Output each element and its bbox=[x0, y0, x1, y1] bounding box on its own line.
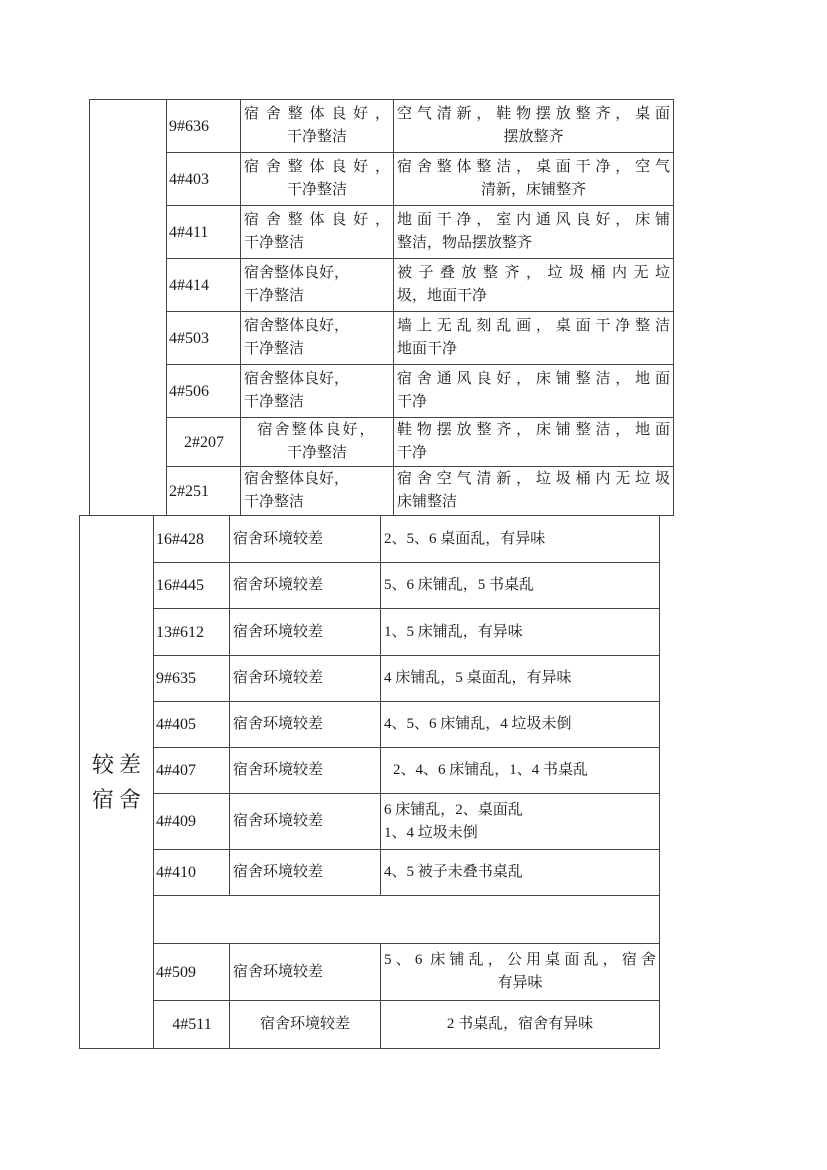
status-cell: 宿舍整体良好， 干净整洁 bbox=[241, 206, 394, 259]
comment-cell: 2 书桌乱，宿舍有异味 bbox=[381, 1001, 660, 1049]
comment-cell: 宿舍整体整洁，桌面干净，空气 清新，床铺整齐 bbox=[394, 153, 674, 206]
status-line: 宿舍环境较差 bbox=[233, 528, 377, 551]
good-dorm-table: 9#636 宿舍整体良好， 干净整洁 空气清新，鞋物摆放整齐，桌面 摆放整齐 4… bbox=[89, 99, 674, 516]
status-line: 宿舍整体良好， bbox=[244, 209, 390, 232]
room-cell: 4#511 bbox=[154, 1001, 230, 1049]
comment-line: 4 床铺乱，5 桌面乱，有异味 bbox=[384, 667, 656, 690]
status-line: 宿舍环境较差 bbox=[233, 759, 377, 782]
status-line: 干净整洁 bbox=[244, 391, 390, 414]
status-cell: 宿舍环境较差 bbox=[230, 794, 381, 850]
room-cell: 4#405 bbox=[154, 702, 230, 748]
comment-line: 宿舍整体整洁，桌面干净，空气 bbox=[397, 156, 670, 179]
comment-cell: 宿舍空气清新，垃圾桶内无垃圾 床铺整洁 bbox=[394, 467, 674, 516]
table-row: 4#403 宿舍整体良好， 干净整洁 宿舍整体整洁，桌面干净，空气 清新，床铺整… bbox=[90, 153, 674, 206]
comment-line: 4、5 被子未叠书桌乱 bbox=[384, 861, 656, 884]
table-row: 4#503 宿舍整体良好， 干净整洁 墙上无乱刻乱画，桌面干净整洁 地面干净 bbox=[90, 312, 674, 365]
comment-line: 摆放整齐 bbox=[397, 126, 670, 149]
status-line: 干净整洁 bbox=[244, 126, 390, 149]
room-cell: 4#407 bbox=[154, 748, 230, 794]
status-cell: 宿舍环境较差 bbox=[230, 748, 381, 794]
status-cell: 宿舍环境较差 bbox=[230, 944, 381, 1001]
table-row: 较差 宿舍 16#428 宿舍环境较差 2、5、6 桌面乱，有异味 bbox=[80, 516, 660, 563]
table-row: 4#410 宿舍环境较差 4、5 被子未叠书桌乱 bbox=[80, 850, 660, 896]
status-cell: 宿舍整体良好， 干净整洁 bbox=[241, 467, 394, 516]
comment-cell: 地面干净，室内通风良好，床铺 整洁，物品摆放整齐 bbox=[394, 206, 674, 259]
comment-line: 干净 bbox=[397, 391, 670, 414]
status-line: 宿舍整体良好， bbox=[244, 368, 390, 391]
room-cell: 4#506 bbox=[167, 365, 241, 418]
comment-cell: 4、5、6 床铺乱，4 垃圾未倒 bbox=[381, 702, 660, 748]
status-line: 宿舍环境较差 bbox=[233, 621, 377, 644]
table-row: 4#509 宿舍环境较差 5、6 床铺乱，公用桌面乱，宿舍 有异味 bbox=[80, 944, 660, 1001]
comment-cell: 4、5 被子未叠书桌乱 bbox=[381, 850, 660, 896]
comment-line: 墙上无乱刻乱画，桌面干净整洁 bbox=[397, 315, 670, 338]
status-cell: 宿舍环境较差 bbox=[230, 702, 381, 748]
comment-line: 空气清新，鞋物摆放整齐，桌面 bbox=[397, 103, 670, 126]
status-cell: 宿舍整体良好， 干净整洁 bbox=[241, 365, 394, 418]
comment-cell: 鞋物摆放整齐，床铺整洁，地面 干净 bbox=[394, 418, 674, 467]
status-cell: 宿舍环境较差 bbox=[230, 609, 381, 656]
status-line: 干净整洁 bbox=[244, 232, 390, 255]
comment-line: 宿舍通风良好，床铺整洁，地面 bbox=[397, 368, 670, 391]
status-line: 宿舍整体良好， bbox=[244, 315, 390, 338]
status-line: 宿舍整体良好， bbox=[244, 262, 390, 285]
table-row: 4#411 宿舍整体良好， 干净整洁 地面干净，室内通风良好，床铺 整洁，物品摆… bbox=[90, 206, 674, 259]
table-row: 9#635 宿舍环境较差 4 床铺乱，5 桌面乱，有异味 bbox=[80, 656, 660, 702]
status-line: 宿舍环境较差 bbox=[233, 574, 377, 597]
room-cell: 4#414 bbox=[167, 259, 241, 312]
status-line: 宿舍整体良好， bbox=[244, 468, 390, 491]
status-line: 宿舍环境较差 bbox=[233, 961, 377, 984]
table-row: 13#612 宿舍环境较差 1、5 床铺乱，有异味 bbox=[80, 609, 660, 656]
comment-cell: 2、5、6 桌面乱，有异味 bbox=[381, 516, 660, 563]
document-page: 9#636 宿舍整体良好， 干净整洁 空气清新，鞋物摆放整齐，桌面 摆放整齐 4… bbox=[0, 0, 827, 1170]
status-line: 宿舍环境较差 bbox=[233, 861, 377, 884]
status-cell: 宿舍环境较差 bbox=[230, 516, 381, 563]
room-cell: 16#428 bbox=[154, 516, 230, 563]
status-cell: 宿舍环境较差 bbox=[230, 563, 381, 609]
comment-line: 有异味 bbox=[384, 972, 656, 995]
table-row: 16#445 宿舍环境较差 5、6 床铺乱，5 书桌乱 bbox=[80, 563, 660, 609]
room-cell: 9#635 bbox=[154, 656, 230, 702]
status-line: 干净整洁 bbox=[244, 491, 390, 514]
category-label-line: 较差 bbox=[80, 747, 153, 782]
category-cell-poor: 较差 宿舍 bbox=[80, 516, 154, 1049]
comment-line: 整洁，物品摆放整齐 bbox=[397, 232, 670, 255]
status-line: 宿舍整体良好， bbox=[244, 419, 390, 442]
comment-line: 2、4、6 床铺乱，1、4 书桌乱 bbox=[384, 759, 656, 782]
status-cell: 宿舍整体良好， 干净整洁 bbox=[241, 312, 394, 365]
room-cell: 4#503 bbox=[167, 312, 241, 365]
comment-cell: 空气清新，鞋物摆放整齐，桌面 摆放整齐 bbox=[394, 100, 674, 153]
comment-cell: 被子叠放整齐，垃圾桶内无垃 圾，地面干净 bbox=[394, 259, 674, 312]
status-line: 宿舍环境较差 bbox=[233, 713, 377, 736]
table-row: 4#506 宿舍整体良好， 干净整洁 宿舍通风良好，床铺整洁，地面 干净 bbox=[90, 365, 674, 418]
table-row: 4#511 宿舍环境较差 2 书桌乱，宿舍有异味 bbox=[80, 1001, 660, 1049]
comment-line: 圾，地面干净 bbox=[397, 285, 670, 308]
status-line: 干净整洁 bbox=[244, 442, 390, 465]
comment-cell: 1、5 床铺乱，有异味 bbox=[381, 609, 660, 656]
table-row: 4#405 宿舍环境较差 4、5、6 床铺乱，4 垃圾未倒 bbox=[80, 702, 660, 748]
status-line: 宿舍整体良好， bbox=[244, 156, 390, 179]
comment-line: 5、6 床铺乱，5 书桌乱 bbox=[384, 574, 656, 597]
empty-spacer-row bbox=[80, 896, 660, 944]
table-row: 4#414 宿舍整体良好， 干净整洁 被子叠放整齐，垃圾桶内无垃 圾，地面干净 bbox=[90, 259, 674, 312]
status-line: 宿舍环境较差 bbox=[233, 667, 377, 690]
comment-line: 清新，床铺整齐 bbox=[397, 179, 670, 202]
comment-line: 1、4 垃圾未倒 bbox=[384, 822, 656, 845]
comment-cell: 宿舍通风良好，床铺整洁，地面 干净 bbox=[394, 365, 674, 418]
room-cell: 4#410 bbox=[154, 850, 230, 896]
category-cell-good bbox=[90, 100, 167, 516]
poor-dorm-table: 较差 宿舍 16#428 宿舍环境较差 2、5、6 桌面乱，有异味 16#445… bbox=[79, 515, 660, 1049]
comment-line: 干净 bbox=[397, 442, 670, 465]
status-line: 干净整洁 bbox=[244, 179, 390, 202]
comment-line: 鞋物摆放整齐，床铺整洁，地面 bbox=[397, 419, 670, 442]
status-cell: 宿舍环境较差 bbox=[230, 1001, 381, 1049]
status-cell: 宿舍环境较差 bbox=[230, 850, 381, 896]
room-cell: 2#207 bbox=[167, 418, 241, 467]
status-line: 宿舍环境较差 bbox=[233, 810, 377, 833]
category-label-line: 宿舍 bbox=[80, 782, 153, 817]
comment-line: 2 书桌乱，宿舍有异味 bbox=[384, 1013, 656, 1036]
room-cell: 4#403 bbox=[167, 153, 241, 206]
room-cell: 4#411 bbox=[167, 206, 241, 259]
room-cell: 16#445 bbox=[154, 563, 230, 609]
comment-line: 地面干净 bbox=[397, 338, 670, 361]
status-cell: 宿舍环境较差 bbox=[230, 656, 381, 702]
status-line: 干净整洁 bbox=[244, 285, 390, 308]
status-line: 宿舍整体良好， bbox=[244, 103, 390, 126]
status-cell: 宿舍整体良好， 干净整洁 bbox=[241, 418, 394, 467]
room-cell: 2#251 bbox=[167, 467, 241, 516]
comment-line: 2、5、6 桌面乱，有异味 bbox=[384, 528, 656, 551]
comment-cell: 墙上无乱刻乱画，桌面干净整洁 地面干净 bbox=[394, 312, 674, 365]
comment-cell: 4 床铺乱，5 桌面乱，有异味 bbox=[381, 656, 660, 702]
comment-cell: 6 床铺乱，2、桌面乱 1、4 垃圾未倒 bbox=[381, 794, 660, 850]
table-row: 2#251 宿舍整体良好， 干净整洁 宿舍空气清新，垃圾桶内无垃圾 床铺整洁 bbox=[90, 467, 674, 516]
empty-cell bbox=[154, 896, 660, 944]
room-cell: 9#636 bbox=[167, 100, 241, 153]
comment-line: 5、6 床铺乱，公用桌面乱，宿舍 bbox=[384, 949, 656, 972]
status-cell: 宿舍整体良好， 干净整洁 bbox=[241, 153, 394, 206]
status-cell: 宿舍整体良好， 干净整洁 bbox=[241, 100, 394, 153]
comment-line: 1、5 床铺乱，有异味 bbox=[384, 621, 656, 644]
table-row: 4#407 宿舍环境较差 2、4、6 床铺乱，1、4 书桌乱 bbox=[80, 748, 660, 794]
comment-line: 宿舍空气清新，垃圾桶内无垃圾 bbox=[397, 468, 670, 491]
comment-cell: 2、4、6 床铺乱，1、4 书桌乱 bbox=[381, 748, 660, 794]
comment-line: 床铺整洁 bbox=[397, 491, 670, 514]
table-row: 9#636 宿舍整体良好， 干净整洁 空气清新，鞋物摆放整齐，桌面 摆放整齐 bbox=[90, 100, 674, 153]
status-cell: 宿舍整体良好， 干净整洁 bbox=[241, 259, 394, 312]
status-line: 干净整洁 bbox=[244, 338, 390, 361]
comment-cell: 5、6 床铺乱，公用桌面乱，宿舍 有异味 bbox=[381, 944, 660, 1001]
room-cell: 13#612 bbox=[154, 609, 230, 656]
room-cell: 4#509 bbox=[154, 944, 230, 1001]
comment-line: 6 床铺乱，2、桌面乱 bbox=[384, 799, 656, 822]
comment-line: 4、5、6 床铺乱，4 垃圾未倒 bbox=[384, 713, 656, 736]
status-line: 宿舍环境较差 bbox=[233, 1013, 377, 1036]
table-row: 4#409 宿舍环境较差 6 床铺乱，2、桌面乱 1、4 垃圾未倒 bbox=[80, 794, 660, 850]
room-cell: 4#409 bbox=[154, 794, 230, 850]
comment-cell: 5、6 床铺乱，5 书桌乱 bbox=[381, 563, 660, 609]
comment-line: 被子叠放整齐，垃圾桶内无垃 bbox=[397, 262, 670, 285]
table-row: 2#207 宿舍整体良好， 干净整洁 鞋物摆放整齐，床铺整洁，地面 干净 bbox=[90, 418, 674, 467]
comment-line: 地面干净，室内通风良好，床铺 bbox=[397, 209, 670, 232]
